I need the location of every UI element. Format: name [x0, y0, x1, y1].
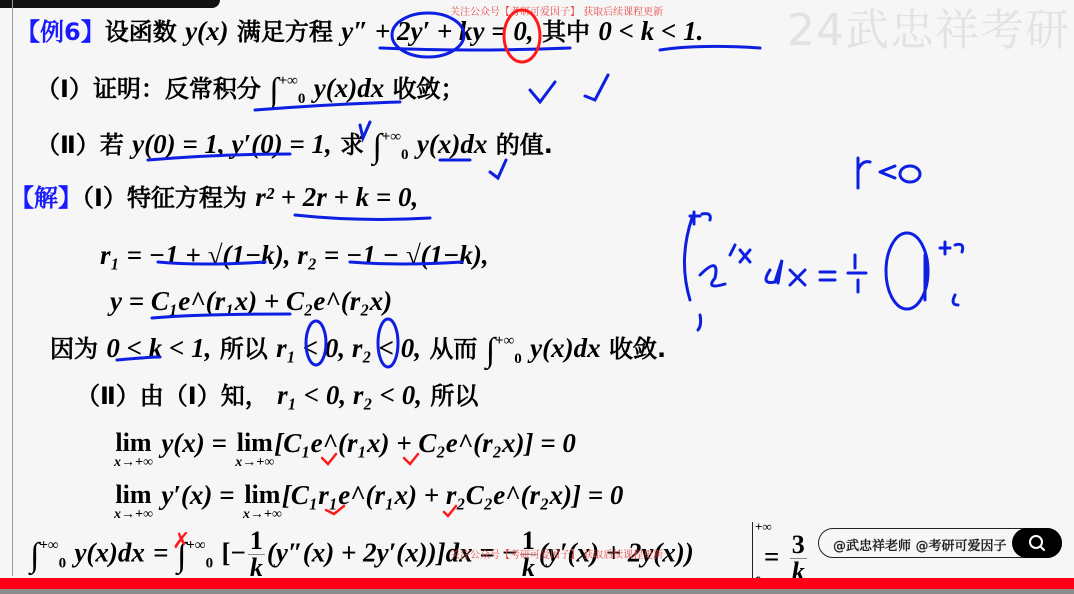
- integral-sign: ∫: [269, 72, 278, 109]
- integral-sign: ∫: [372, 128, 381, 165]
- problem-part1: （Ⅰ）证明：反常积分 ∫+∞0 y(x)dx 收敛；: [36, 70, 465, 107]
- problem-statement: 【例6】设函数 y(x) 满足方程 y″ + 2y′ + ky = 0, 其中 …: [16, 18, 703, 45]
- search-icon: [1012, 528, 1062, 558]
- limit-y-prime: limx→+∞ y′(x) = limx→+∞[C₁r₁e^(r₁x) + r₂…: [114, 482, 623, 522]
- k-condition: 0 < k < 1.: [598, 16, 703, 46]
- lecture-slide: 24武忠祥考研 关注公众号【考研可爱因子】 获取后续课程更新 【例6】设函数 y…: [0, 0, 1074, 594]
- search-button[interactable]: [1012, 528, 1062, 558]
- characteristic-equation: r² + 2r + k = 0,: [255, 182, 418, 212]
- integral-sign: ∫: [30, 537, 39, 574]
- ode-equation: y″ + 2y′ + ky = 0,: [341, 16, 533, 46]
- initial-conditions: y(0) = 1, y′(0) = 1,: [132, 129, 332, 159]
- social-handles-bar: @武忠祥老师 @考研可爱因子: [818, 528, 1062, 558]
- limit-y: limx→+∞ y(x) = limx→+∞[C₁e^(r₁x) + C₂e^(…: [114, 430, 576, 470]
- bottom-red-bar: [0, 578, 1074, 589]
- problem-part2: （Ⅱ）若 y(0) = 1, y′(0) = 1, 求 ∫+∞0 y(x)dx …: [36, 126, 553, 163]
- left-border: [12, 0, 13, 576]
- solution-convergence: 因为 0 < k < 1, 所以 r₁ < 0, r₂ < 0, 从而 ∫+∞0…: [50, 330, 666, 367]
- solution-roots: r₁ = −1 + √(1−k), r₂ = −1 − √(1−k),: [100, 242, 489, 269]
- solution-char-eq: 【解】（Ⅰ）特征方程为 r² + 2r + k = 0,: [10, 184, 418, 211]
- solution-tag: 【解】: [10, 184, 82, 212]
- solution-part2: （Ⅱ）由（Ⅰ）知， r₁ < 0, r₂ < 0, 所以: [76, 382, 478, 409]
- watermark-bottom: 关注公众号【考研可爱因子】 获取后续课程更新: [450, 546, 663, 561]
- example-tag: 【例6】: [16, 18, 105, 46]
- integral-sign: ∫: [177, 537, 186, 574]
- integral-sign: ∫: [486, 332, 495, 369]
- bottom-grey-bar: [0, 589, 1074, 594]
- solution-general: y = C₁e^(r₁x) + C₂e^(r₂x): [110, 288, 392, 315]
- top-tab-shape: [0, 0, 220, 8]
- watermark-brand: 24武忠祥考研: [787, 0, 1070, 58]
- social-handles: @武忠祥老师 @考研可爱因子: [833, 535, 1007, 554]
